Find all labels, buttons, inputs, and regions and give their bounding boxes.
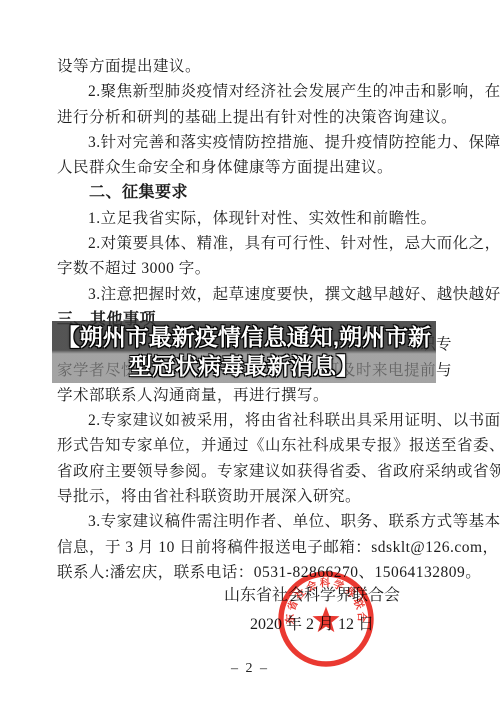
doc-line: 3.注意把握时效，起草速度要快，撰文越早越好、越快越好。 xyxy=(57,282,452,307)
seal-star-icon xyxy=(313,607,340,633)
doc-line: 形式告知专家单位，并通过《山东社科成果专报》报送至省委、 xyxy=(57,433,452,458)
doc-line: 省政府主要领导参阅。专家建议如获得省委、省政府采纳或省领 xyxy=(57,459,452,484)
overlay-banner-line1: 【朔州市最新疫情信息通知,朔州市新 xyxy=(57,323,431,352)
doc-line: 3.针对完善和落实疫情防控措施、提升疫情防控能力、保障 xyxy=(57,130,452,155)
overlay-banner: 【朔州市最新疫情信息通知,朔州市新 型冠状病毒最新消息】 xyxy=(52,321,436,383)
doc-line: 人民群众生命安全和身体健康等方面提出建议。 xyxy=(57,155,452,180)
page-number: – 2 – xyxy=(0,661,500,677)
document-body: 设等方面提出建议。2.聚焦新型肺炎疫情对经济社会发展产生的冲击和影响，在进行分析… xyxy=(57,54,452,585)
doc-line: 进行分析和研判的基础上提出有针对性的决策咨询建议。 xyxy=(57,105,452,130)
doc-line: 2.对策要具体、精准，具有可行性、针对性，忌大而化之， xyxy=(57,231,452,256)
doc-line: 2.专家建议如被采用，将由省社科联出具采用证明、以书面 xyxy=(57,408,452,433)
official-seal: 山东省社会科学界联合会 xyxy=(276,569,376,669)
doc-line: 导批示，将由省社科联资助开展深入研究。 xyxy=(57,484,452,509)
doc-heading-line: 二、征集要求 xyxy=(57,180,452,205)
doc-line: 2.聚焦新型肺炎疫情对经济社会发展产生的冲击和影响，在 xyxy=(57,79,452,104)
doc-line: 设等方面提出建议。 xyxy=(57,54,452,79)
doc-line: 信息，于 3 月 10 日前将稿件报送电子邮箱：sdsklt@126.com， xyxy=(57,535,452,560)
doc-line: 1.立足我省实际，体现针对性、实效性和前瞻性。 xyxy=(57,206,452,231)
doc-line: 3.专家建议稿件需注明作者、单位、职务、联系方式等基本 xyxy=(57,509,452,534)
document-page: 设等方面提出建议。2.聚焦新型肺炎疫情对经济社会发展产生的冲击和影响，在进行分析… xyxy=(0,0,500,706)
overlay-banner-line2: 型冠状病毒最新消息】 xyxy=(129,352,359,381)
doc-line: 字数不超过 3000 字。 xyxy=(57,256,452,281)
doc-line: 学术部联系人沟通商量，再进行撰写。 xyxy=(57,383,452,408)
